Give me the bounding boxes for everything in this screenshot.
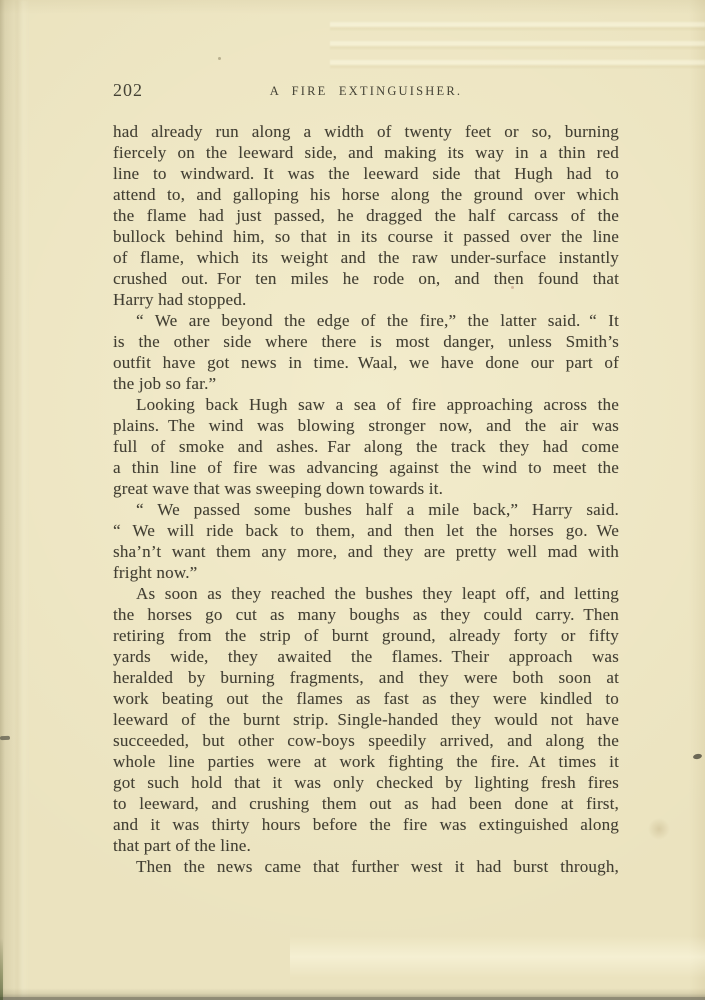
text-line: work beating out the flames as fast as t… (113, 688, 619, 709)
text-line: yards wide, they awaited the flames. The… (113, 646, 619, 667)
text-line: “ We will ride back to them, and then le… (113, 520, 619, 541)
text-line: bullock behind him, so that in its cours… (113, 226, 619, 247)
text-line: fright now.” (113, 562, 619, 583)
top-right-creases (330, 16, 705, 70)
text-line: to leeward, and crushing them out as had… (113, 793, 619, 814)
text-line: retiring from the strip of burnt ground,… (113, 625, 619, 646)
text-line: Harry had stopped. (113, 289, 619, 310)
text-line: of flame, which its weight and the raw u… (113, 247, 619, 268)
text-line: great wave that was sweeping down toward… (113, 478, 619, 499)
text-line: full of smoke and ashes. Far along the t… (113, 436, 619, 457)
text-line: the flame had just passed, he dragged th… (113, 205, 619, 226)
bottom-light-band (290, 936, 705, 978)
text-line: crushed out. For ten miles he rode on, a… (113, 268, 619, 289)
text-line: “ We passed some bushes half a mile back… (113, 499, 619, 520)
text-line: got such hold that it was only checked b… (113, 772, 619, 793)
text-line: “ We are beyond the edge of the fire,” t… (113, 310, 619, 331)
text-line: a thin line of fire was advancing agains… (113, 457, 619, 478)
text-line: leeward of the burnt strip. Single-hande… (113, 709, 619, 730)
text-line: is the other side where there is most da… (113, 331, 619, 352)
text-line: As soon as they reached the bushes they … (113, 583, 619, 604)
scan-mark-artifact (693, 753, 703, 760)
text-line: that part of the line. (113, 835, 619, 856)
scan-dash-artifact (0, 736, 10, 740)
text-line: heralded by burning fragments, and they … (113, 667, 619, 688)
scan-speck-artifact (218, 57, 221, 60)
text-line: Then the news came that further west it … (113, 856, 619, 877)
text-line: and it was thirty hours before the fire … (113, 814, 619, 835)
text-line: the horses go cut as many boughs as they… (113, 604, 619, 625)
text-line: outfit have got news in time. Waal, we h… (113, 352, 619, 373)
text-line: succeeded, but other cow-boys speedily a… (113, 730, 619, 751)
text-line: sha’n’t want them any more, and they are… (113, 541, 619, 562)
text-line: line to windward. It was the leeward sid… (113, 163, 619, 184)
text-line: attend to, and galloping his horse along… (113, 184, 619, 205)
bottom-left-edge (0, 938, 3, 1000)
text-line: the job so far.” (113, 373, 619, 394)
running-title: A FIRE EXTINGUISHER. (270, 84, 462, 99)
text-line: Looking back Hugh saw a sea of fire appr… (113, 394, 619, 415)
text-line: plains. The wind was blowing stronger no… (113, 415, 619, 436)
scan-speck-artifact (511, 286, 514, 289)
book-page-scan: 202 A FIRE EXTINGUISHER. had already run… (0, 0, 705, 1000)
text-line: had already run along a width of twenty … (113, 121, 619, 142)
text-line: whole line parties were at work fighting… (113, 751, 619, 772)
left-crease-shading (16, 0, 30, 1000)
page-header: 202 A FIRE EXTINGUISHER. (113, 80, 619, 104)
text-line: fiercely on the leeward side, and making… (113, 142, 619, 163)
scan-smudge-artifact (648, 818, 670, 840)
page-number: 202 (113, 80, 143, 101)
page-text: had already run along a width of twenty … (113, 121, 619, 877)
